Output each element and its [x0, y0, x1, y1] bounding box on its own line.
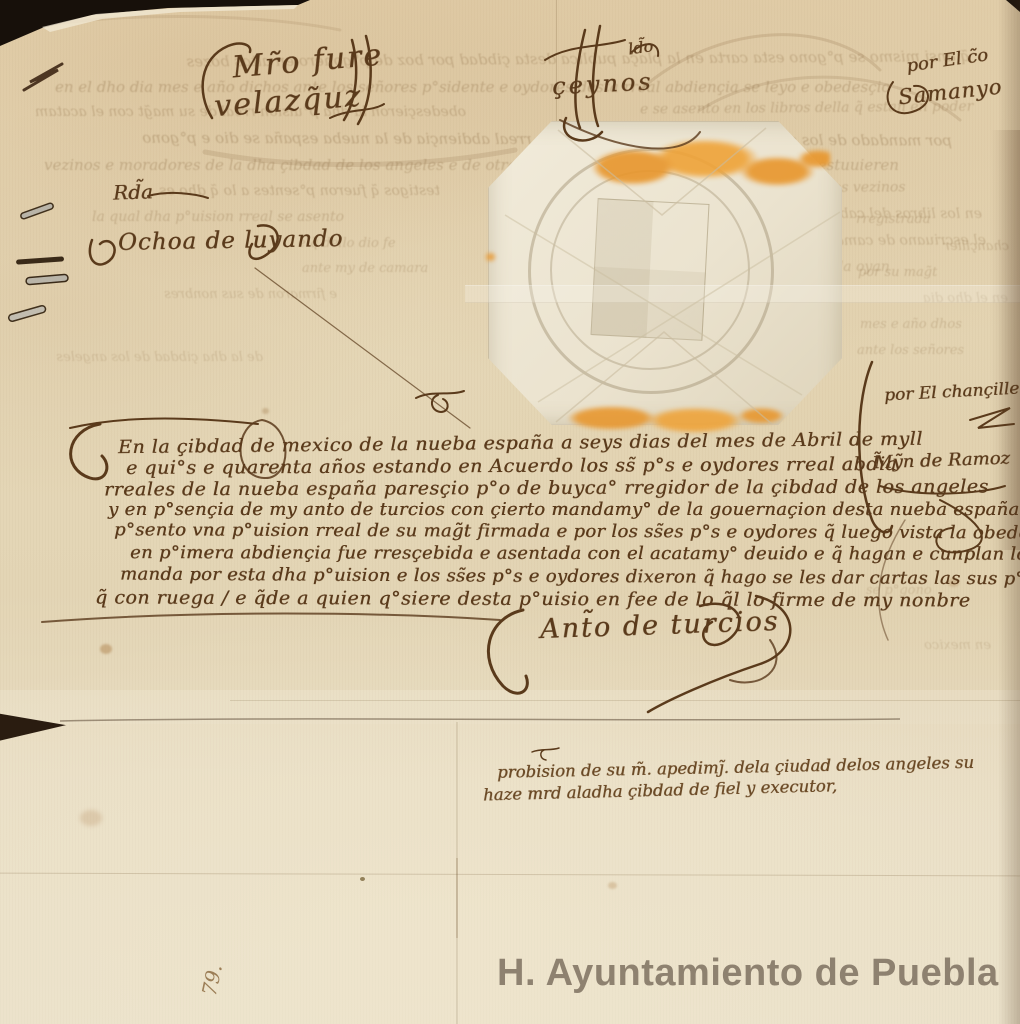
registration-mark: Rd̃a: [113, 179, 154, 204]
seal-coat-of-arms: [590, 198, 709, 341]
archive-watermark: H. Ayuntamiento de Puebla: [497, 952, 1017, 995]
main-text-line: p°sento vna p°uision rreal de su mag̃t f…: [114, 519, 1020, 543]
main-text-line: y en p°sençia de my ant̃o de turcios con…: [108, 499, 1020, 520]
signature-top-center-superscript: ld̃o: [627, 36, 654, 58]
papered-wax-seal: [478, 105, 853, 440]
tape-band: [465, 285, 1020, 303]
main-text-line: q̃ con ruega / e q̃de a quien q°siere de…: [95, 586, 971, 611]
main-text-line: e qui°s e quarenta años estando en Acuer…: [126, 453, 897, 479]
signature-registrar: Ochoa de luyando: [118, 226, 344, 256]
main-text-line: rreales de la nueba españa paresçio p°o …: [104, 475, 989, 500]
manuscript-scan: q̃ ansi mismo se p°gono esta carta en la…: [0, 0, 1020, 1024]
signature-top-center-name: çeynos: [551, 67, 654, 100]
main-text-line: en p°imera abdiençia fue rresçebida e as…: [130, 542, 1020, 565]
